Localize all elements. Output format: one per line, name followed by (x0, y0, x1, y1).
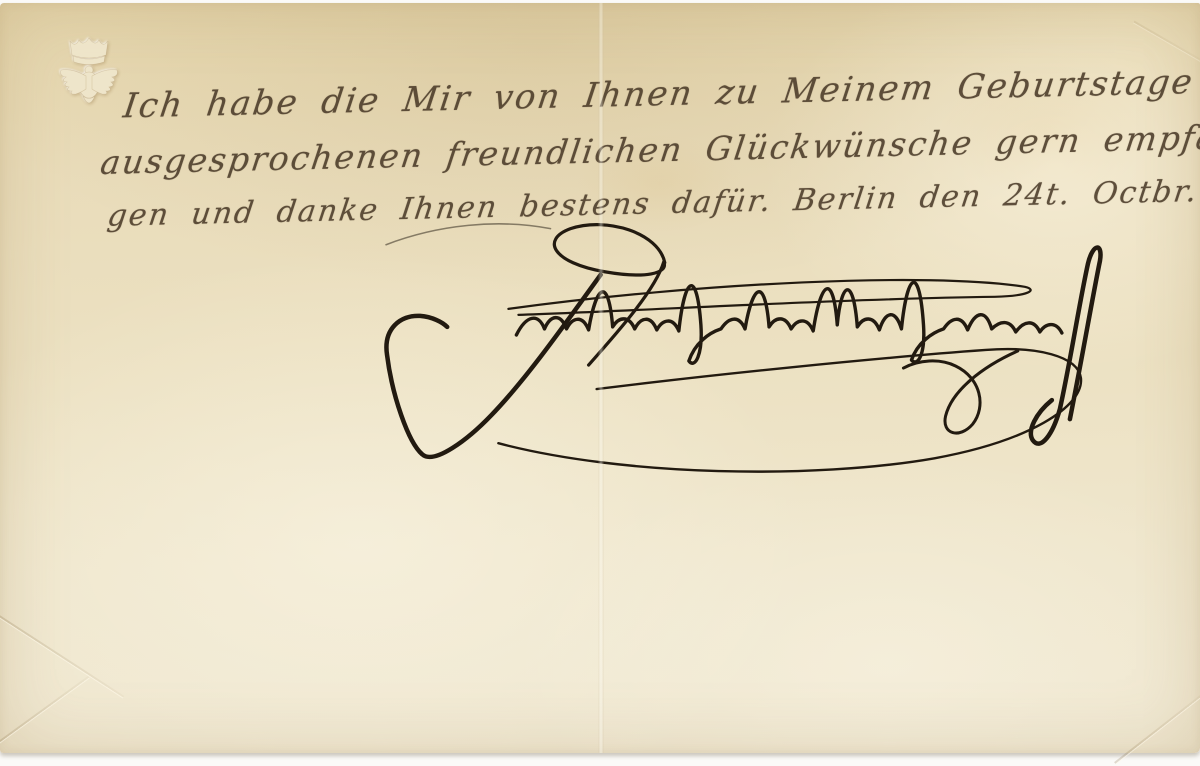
scanned-letter: Ich habe die Mir von Ihnen zu Meinem Geb… (0, 0, 1200, 766)
corner-crease (1134, 21, 1200, 68)
corner-crease (1114, 688, 1200, 763)
corner-crease (0, 614, 124, 697)
handwriting-line-1: Ich habe die Mir von Ihnen zu Meinem Geb… (121, 62, 1197, 126)
handwriting-line-2: ausgesprochenen freundlichen Glückwünsch… (98, 117, 1200, 182)
paper-fold-line (598, 3, 604, 753)
corner-crease (0, 676, 89, 748)
letter-paper: Ich habe die Mir von Ihnen zu Meinem Geb… (0, 3, 1200, 753)
signature: Friedrich Wilhelm (368, 216, 1110, 503)
signature-flourish-icon (368, 216, 1110, 503)
